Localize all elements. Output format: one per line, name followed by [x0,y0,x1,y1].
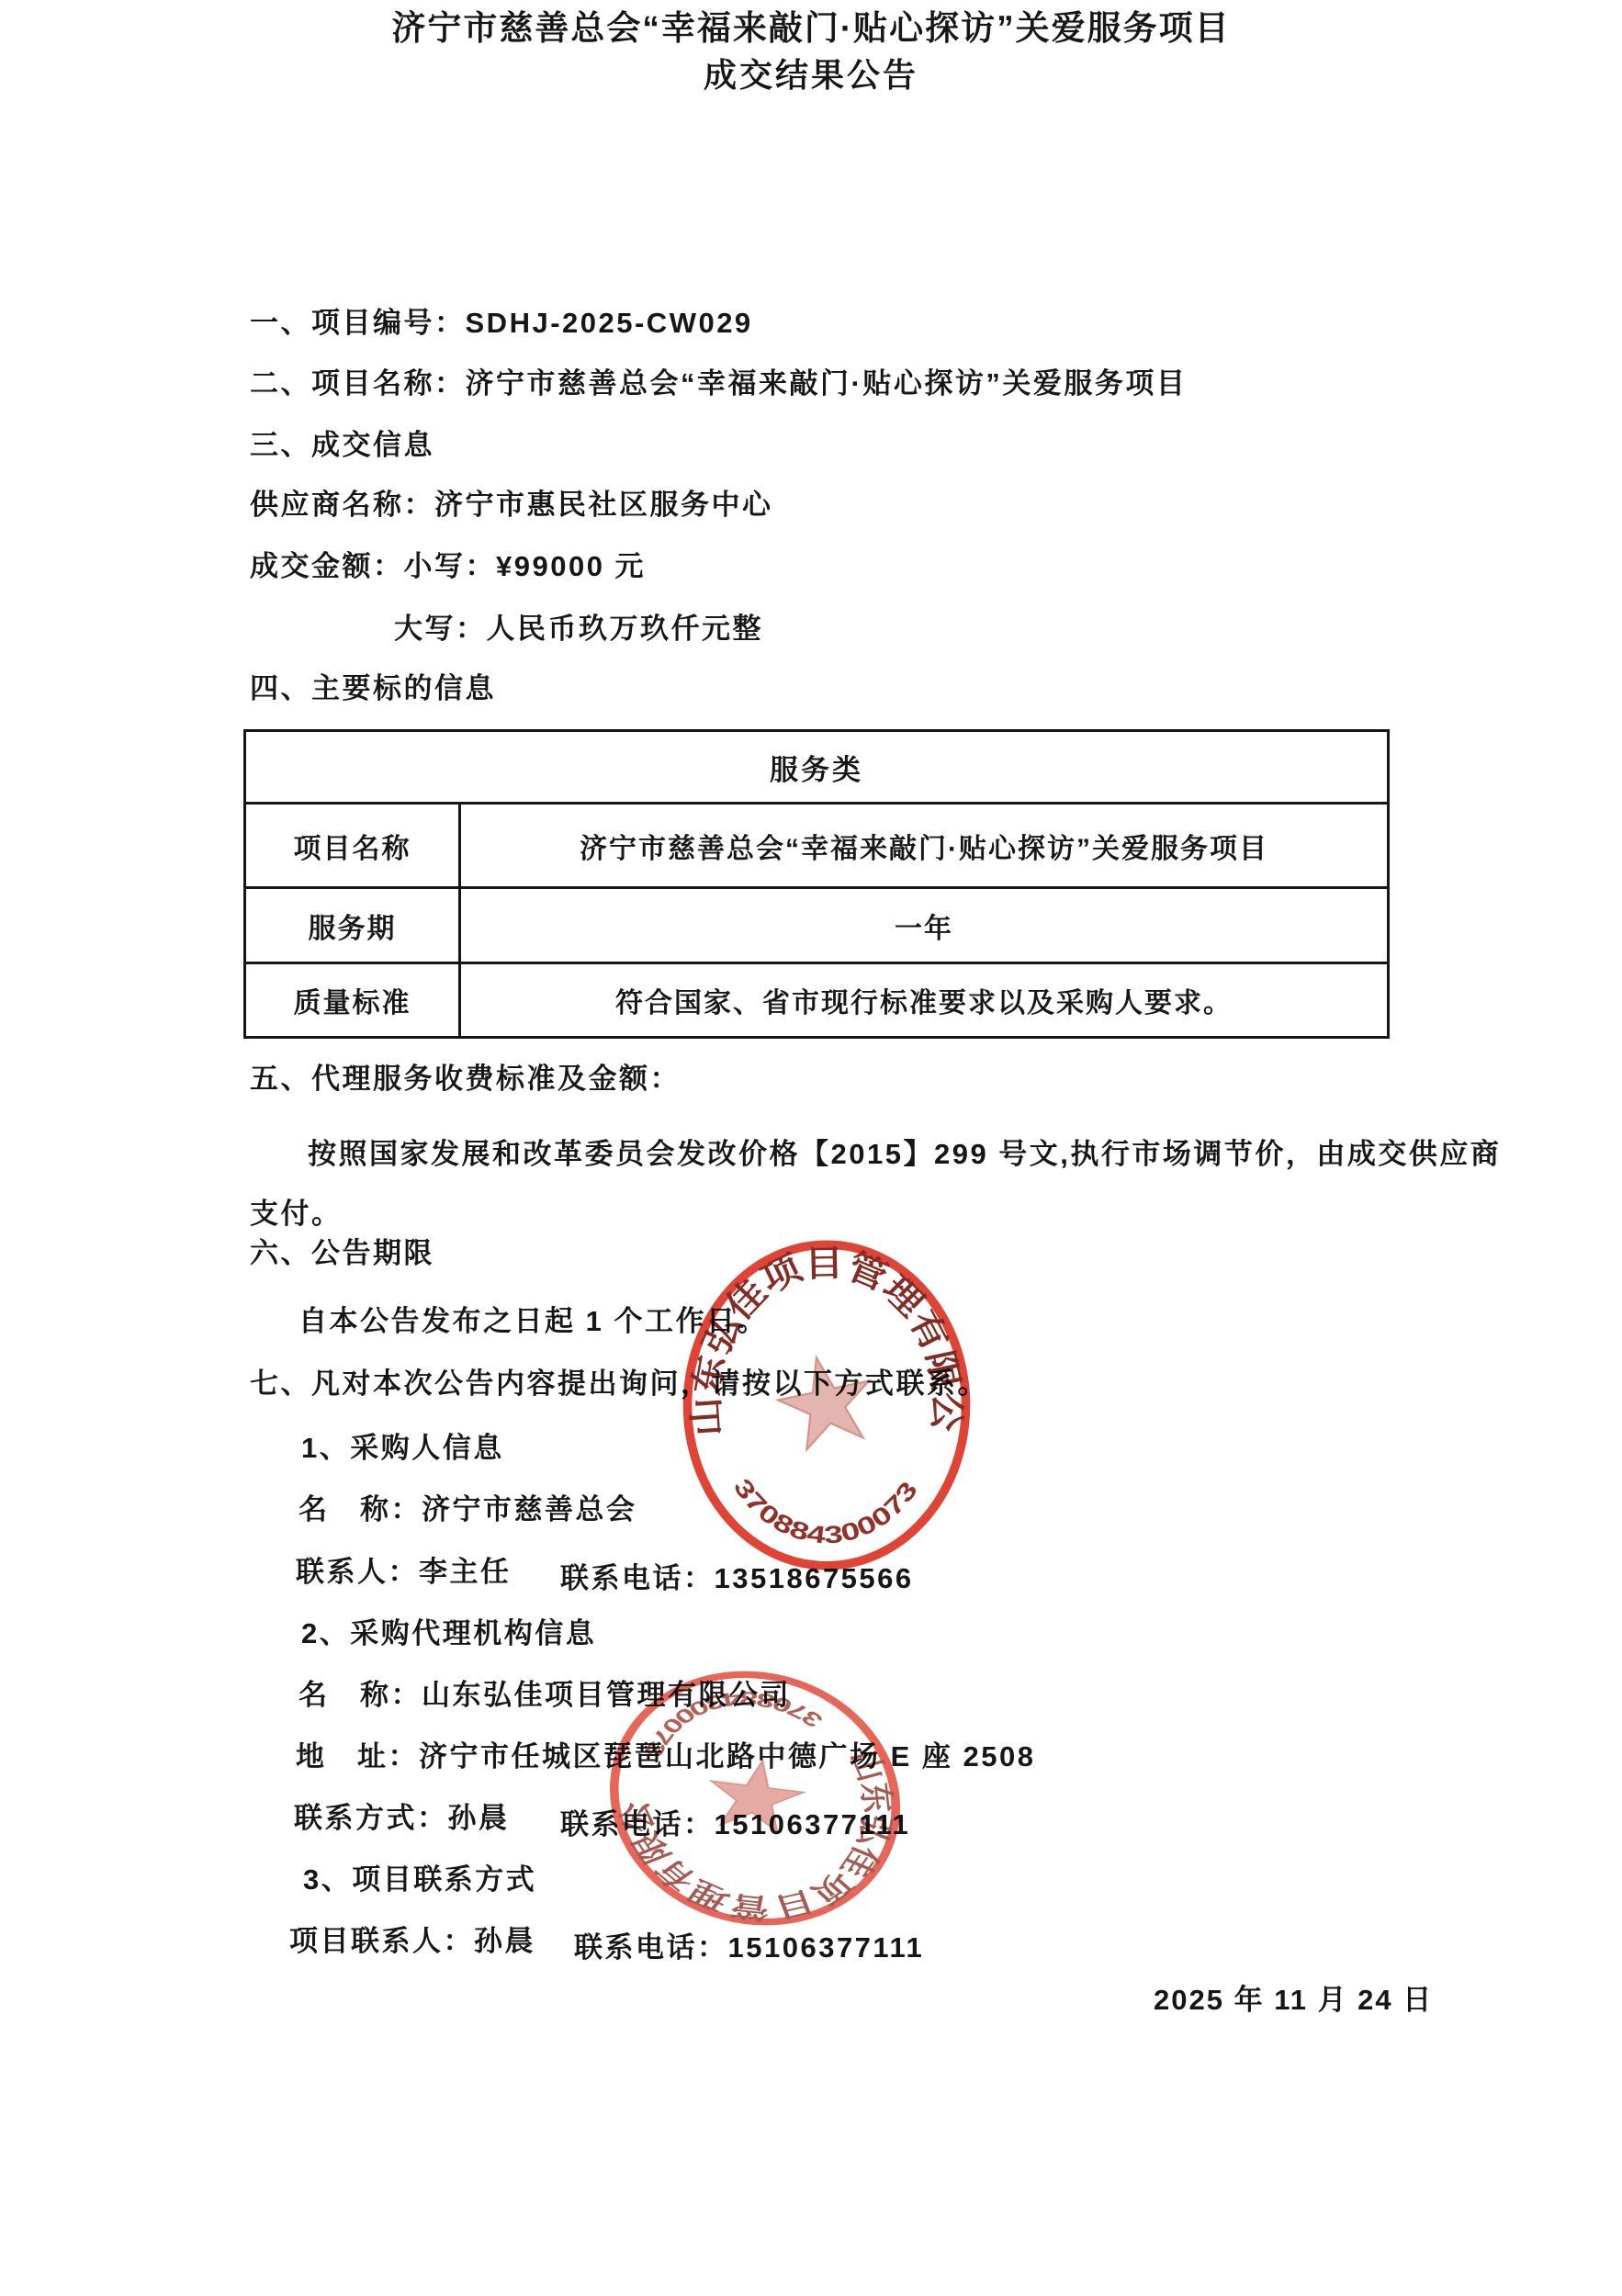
seal-ring [688,1244,966,1565]
project-phone-line: 联系电话：15106377111 [574,1924,924,1965]
agency-fee-paragraph-line2: 支付。 [250,1197,343,1232]
purchaser-name-line: 名 称：济宁市慈善总会 [298,1492,637,1528]
table-row-value: 济宁市慈善总会“幸福来敲门·贴心探访”关爱服务项目 [461,805,1387,886]
section-project-name: 二、项目名称：济宁市慈善总会“幸福来敲门·贴心探访”关爱服务项目 [250,366,1187,402]
subject-info-table: 服务类 项目名称 济宁市慈善总会“幸福来敲门·贴心探访”关爱服务项目 服务期 一… [243,729,1390,1039]
section-project-number: 一、项目编号：SDHJ-2025-CW029 [250,306,753,342]
table-row-label: 质量标准 [246,964,461,1036]
supplier-name-line: 供应商名称：济宁市惠民社区服务中心 [250,488,773,523]
agency-contact-line: 联系方式：孙晨 [294,1801,510,1837]
document-subtitle: 成交结果公告 [0,50,1622,96]
purchaser-info-heading: 1、采购人信息 [301,1431,504,1467]
table-row-label: 服务期 [246,889,461,962]
section-inquiry-contact: 七、凡对本次公告内容提出询问，请按以下方式联系。 [250,1367,988,1402]
deal-amount-lowercase-line: 成交金额：小写：¥99000 元 [250,549,646,585]
document-title: 济宁市慈善总会“幸福来敲门·贴心探访”关爱服务项目 [0,0,1622,50]
purchaser-phone-line: 联系电话：13518675566 [560,1555,914,1596]
project-contact-heading: 3、项目联系方式 [303,1863,536,1898]
agency-info-heading: 2、采购代理机构信息 [301,1616,596,1652]
table-row: 服务期 一年 [246,886,1387,962]
table-row-label: 项目名称 [246,805,461,886]
agency-fee-paragraph-line1: 按照国家发展和改革委员会发改价格【2015】299 号文,执行市场调节价，由成交… [308,1137,1501,1173]
project-contact-line: 项目联系人：孙晨 [289,1924,535,1960]
section-agency-fee: 五、代理服务收费标准及金额： [250,1062,681,1097]
notice-period-line: 自本公告发布之日起 1 个工作日。 [298,1304,768,1340]
section-subject-info: 四、主要标的信息 [250,671,496,707]
section-notice-period: 六、公告期限 [250,1236,434,1272]
agency-phone-line: 联系电话：15106377111 [560,1801,910,1842]
section-deal-info: 三、成交信息 [250,428,434,464]
agency-name-line: 名 称：山东弘佳项目管理有限公司 [298,1678,791,1714]
seal-group: 山东弘佳项目管理有限公司 3708843000733 [680,1240,967,1566]
table-row: 质量标准 符合国家、省市现行标准要求以及采购人要求。 [246,962,1387,1036]
announcement-date: 2025 年 11 月 24 日 [1154,1976,1433,2018]
table-row: 项目名称 济宁市慈善总会“幸福来敲门·贴心探访”关爱服务项目 [246,802,1387,886]
table-row-value: 符合国家、省市现行标准要求以及采购人要求。 [461,964,1387,1036]
table-row-value: 一年 [461,889,1387,962]
purchaser-contact-line: 联系人：李主任 [296,1555,512,1591]
document-page: 济宁市慈善总会“幸福来敲门·贴心探访”关爱服务项目 成交结果公告 一、项目编号：… [0,0,1622,2296]
agency-address-line: 地 址：济宁市任城区琵琶山北路中德广场 E 座 2508 [296,1739,1035,1775]
deal-amount-uppercase-line: 大写：人民币玖万玖仟元整 [394,612,763,647]
table-category-header: 服务类 [246,732,1387,802]
company-seal-icon: 山东弘佳项目管理有限公司 3708843000733 [680,1240,974,1570]
